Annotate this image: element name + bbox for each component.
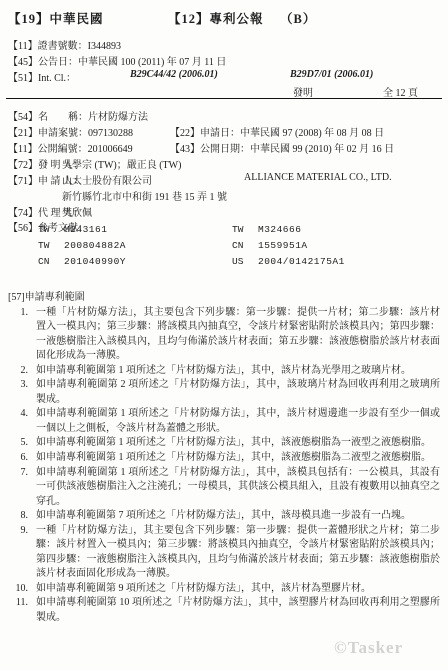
claim-number: 4. <box>8 407 28 436</box>
publication-number: 【11】公開編號：201006649 <box>8 140 133 155</box>
claims-heading: [57]申請專利範圍 <box>8 291 440 306</box>
claim-number: 10. <box>8 582 28 597</box>
ref-number: 200804882A <box>64 240 126 251</box>
reference-item: US2004/0142175A1 <box>232 256 345 267</box>
claim-number: 1. <box>8 306 28 364</box>
application-number: 【21】申請案號：097130288 <box>8 124 133 139</box>
inventors: 吳學宗 (TW)；嚴正良 (TW) <box>62 156 181 171</box>
ipc-code-1: B29C44/42 (2006.01) <box>130 69 218 80</box>
ref-number: M324666 <box>258 224 301 235</box>
claim-1: 1. 一種「片材防爆方法」，其主要包含下列步驟：第一步驟：提供一片材；第二步驟：… <box>8 306 440 364</box>
reference-item: TW200804882A <box>38 240 126 251</box>
ipc-code-2: B29D7/01 (2006.01) <box>290 69 373 80</box>
ref-country: CN <box>232 240 258 251</box>
claim-text: 如申請專利範圍第 1 項所述之「片材防爆方法」，其中，該液態樹脂為二液型之液態樹… <box>36 451 440 466</box>
kind-code: （B） <box>280 9 316 27</box>
claim-text: 如申請專利範圍第 10 項所述之「片材防爆方法」，其中，該塑膠片材為回收再利用之… <box>36 596 440 625</box>
header-divider <box>6 98 442 99</box>
ref-number: 2004/0142175A1 <box>258 256 345 267</box>
claim-text: 一種「片材防爆方法」，其主要包含下列步驟：第一步驟：提供一片材；第二步驟：該片材… <box>36 306 440 364</box>
claim-text: 如申請專利範圍第 9 項所述之「片材防爆方法」，其中，該片材為塑膠片材。 <box>36 582 440 597</box>
country-field: 【19】中華民國 <box>8 9 104 27</box>
title-label: 【54】名 稱： <box>8 112 88 123</box>
claim-text: 如申請專利範圍第 1 項所述之「片材防爆方法」，其中，該液態樹脂為一液型之液態樹… <box>36 436 440 451</box>
reference-item: TWM324666 <box>232 224 301 235</box>
applicant-name-zh: 山太士股份有限公司 <box>62 172 152 187</box>
claim-text: 如申請專利範圍第 2 項所述之「片材防爆方法」，其中，該玻璃片材為回收再利用之玻… <box>36 378 440 407</box>
claim-text: 如申請專利範圍第 1 項所述之「片材防爆方法」，其中，該模具包括有：一公模具，其… <box>36 466 440 510</box>
ref-country: TW <box>38 224 64 235</box>
agent-name: 樊欣佩 <box>62 204 92 219</box>
ref-country: TW <box>38 240 64 251</box>
claim-5: 5. 如申請專利範圍第 1 項所述之「片材防爆方法」，其中，該液態樹脂為一液型之… <box>8 436 440 451</box>
applicant-address: 新竹縣竹北市中和街 191 巷 15 弄 1 號 <box>62 188 227 203</box>
patent-gazette-page: 【19】中華民國 【12】專利公報 （B） 【11】證書號數：I344893 【… <box>0 0 448 670</box>
claim-11: 11. 如申請專利範圍第 10 項所述之「片材防爆方法」，其中，該塑膠片材為回收… <box>8 596 440 625</box>
patent-title: 片材防爆方法 <box>88 112 148 123</box>
claim-text: 如申請專利範圍第 1 項所述之「片材防爆方法」，其中，該片材週邊進一步設有至少一… <box>36 407 440 436</box>
claim-text: 一種「片材防爆方法」，其主要包含下列步驟：第一步驟：提供一蓋體形狀之片材；第二步… <box>36 524 440 582</box>
claim-9: 9. 一種「片材防爆方法」，其主要包含下列步驟：第一步驟：提供一蓋體形狀之片材；… <box>8 524 440 582</box>
claim-number: 8. <box>8 509 28 524</box>
reference-item: TWM243161 <box>38 224 107 235</box>
claim-number: 5. <box>8 436 28 451</box>
intcl-label: 【51】Int. Cl.： <box>8 69 76 84</box>
issue-date: 【45】公告日：中華民國 100 (2011) 年 07 月 11 日 <box>8 53 226 68</box>
claim-3: 3. 如申請專利範圍第 2 項所述之「片材防爆方法」，其中，該玻璃片材為回收再利… <box>8 378 440 407</box>
claim-text: 如申請專利範圍第 7 項所述之「片材防爆方法」，其中，該母模具進一步設有一凸塊。 <box>36 509 440 524</box>
claim-8: 8. 如申請專利範圍第 7 項所述之「片材防爆方法」，其中，該母模具進一步設有一… <box>8 509 440 524</box>
claim-number: 9. <box>8 524 28 582</box>
reference-item: CN1559951A <box>232 240 308 251</box>
gazette-title: 【12】專利公報 <box>168 9 264 27</box>
ref-number: 1559951A <box>258 240 308 251</box>
claim-number: 6. <box>8 451 28 466</box>
claim-number: 7. <box>8 466 28 510</box>
claim-number: 2. <box>8 364 28 379</box>
claim-number: 3. <box>8 378 28 407</box>
claim-4: 4. 如申請專利範圍第 1 項所述之「片材防爆方法」，其中，該片材週邊進一步設有… <box>8 407 440 436</box>
claim-10: 10. 如申請專利範圍第 9 項所述之「片材防爆方法」，其中，該片材為塑膠片材。 <box>8 582 440 597</box>
claim-number: 11. <box>8 596 28 625</box>
title-row: 【54】名 稱：片材防爆方法 <box>8 108 148 123</box>
ref-country: US <box>232 256 258 267</box>
claims-section: [57]申請專利範圍 1. 一種「片材防爆方法」，其主要包含下列步驟：第一步驟：… <box>8 291 440 626</box>
doc-type: 發明 <box>293 84 313 99</box>
publication-date: 【43】公開日期：中華民國 99 (2010) 年 02 月 16 日 <box>170 140 394 155</box>
ref-country: CN <box>38 256 64 267</box>
claim-6: 6. 如申請專利範圍第 1 項所述之「片材防爆方法」，其中，該液態樹脂為二液型之… <box>8 451 440 466</box>
claim-2: 2. 如申請專利範圍第 1 項所述之「片材防爆方法」，其中，該片材為光學用之玻璃… <box>8 364 440 379</box>
filing-date: 【22】申請日：中華民國 97 (2008) 年 08 月 08 日 <box>170 124 384 139</box>
watermark: ©Tasker <box>334 638 403 658</box>
reference-item: CN201040990Y <box>38 256 126 267</box>
page-count: 全 12 頁 <box>383 84 418 99</box>
ref-number: M243161 <box>64 224 107 235</box>
ref-country: TW <box>232 224 258 235</box>
claim-text: 如申請專利範圍第 1 項所述之「片材防爆方法」，其中，該片材為光學用之玻璃片材。 <box>36 364 440 379</box>
certificate-number: 【11】證書號數：I344893 <box>8 37 121 52</box>
applicant-name-en: ALLIANCE MATERIAL CO., LTD. <box>244 172 392 183</box>
claim-7: 7. 如申請專利範圍第 1 項所述之「片材防爆方法」，其中，該模具包括有：一公模… <box>8 466 440 510</box>
ref-number: 201040990Y <box>64 256 126 267</box>
